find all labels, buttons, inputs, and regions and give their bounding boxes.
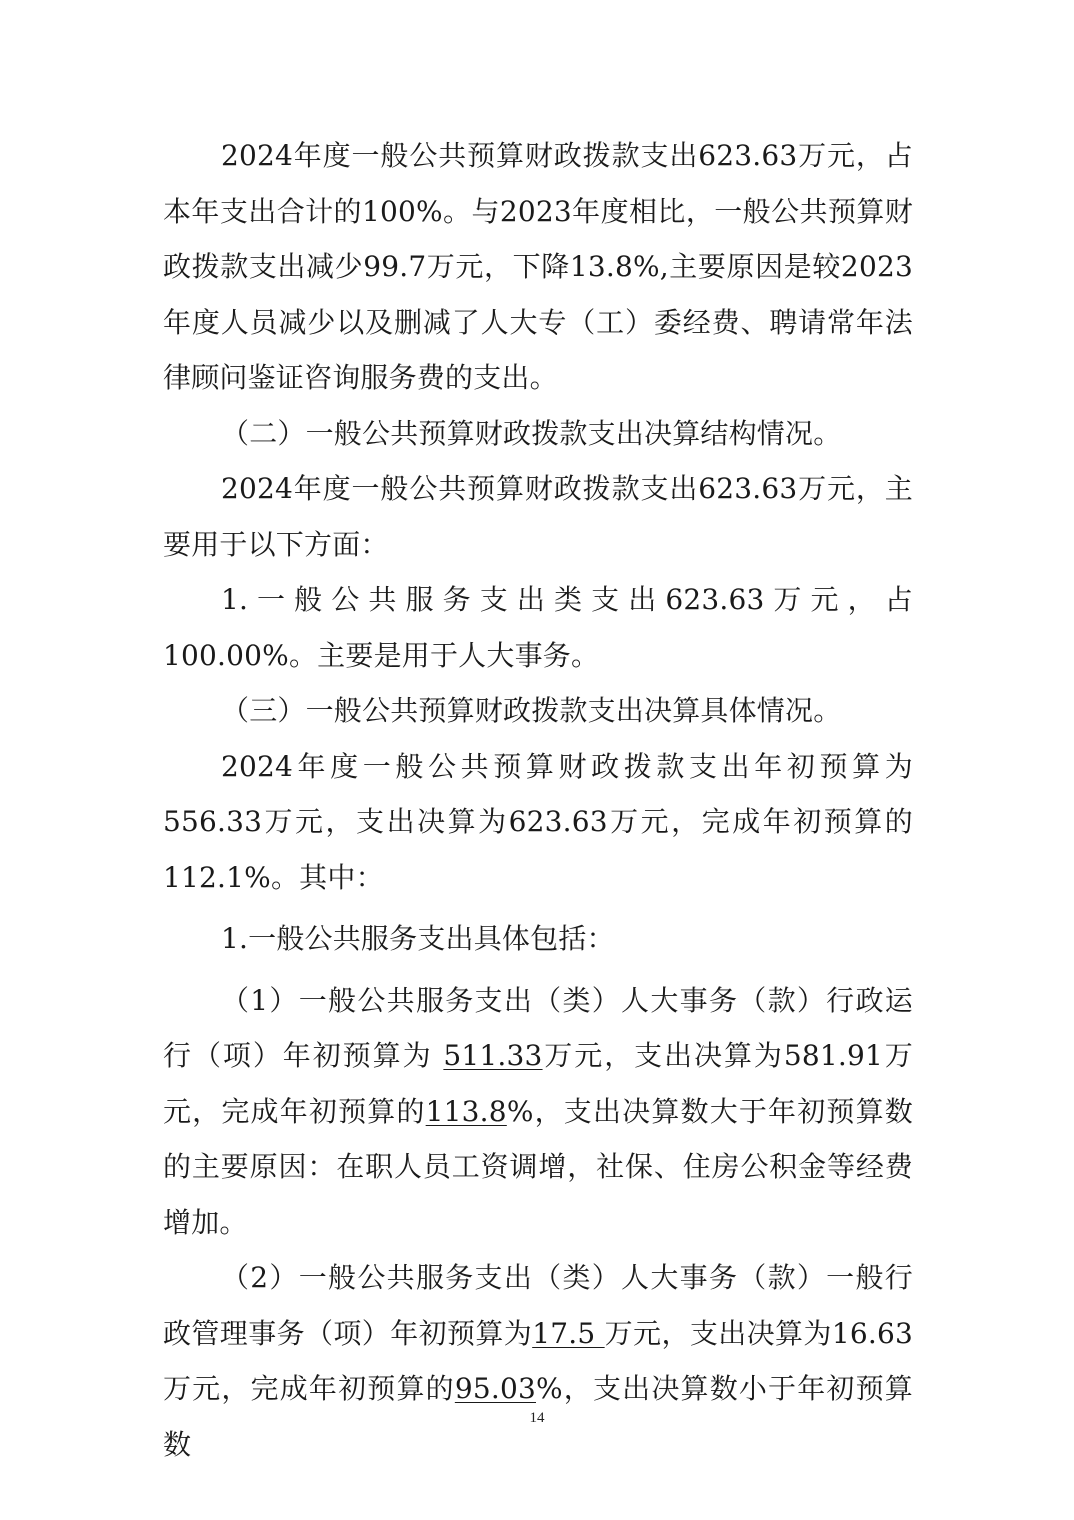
item2-budget-value: 17.5 [532,1317,604,1350]
section-heading-structure: （二）一般公共预算财政拨款支出决算结构情况。 [163,406,913,462]
paragraph-item-general-administration: （2）一般公共服务支出（类）人大事务（款）一般行政管理事务（项）年初预算为17.… [163,1250,913,1472]
paragraph-expenditure-summary: 2024年度一般公共预算财政拨款支出623.63万元，占本年支出合计的100%。… [163,128,913,406]
paragraph-item-administrative-operation: （1）一般公共服务支出（类）人大事务（款）行政运行（项）年初预算为 511.33… [163,973,913,1251]
item1-completion-rate: 113.8 [426,1095,507,1128]
paragraph-structure-summary: 2024年度一般公共预算财政拨款支出623.63万元，主要用于以下方面： [163,461,913,572]
section-heading-details: （三）一般公共预算财政拨款支出决算具体情况。 [163,683,913,739]
document-page: 2024年度一般公共预算财政拨款支出623.63万元，占本年支出合计的100%。… [163,128,913,1472]
paragraph-budget-completion: 2024年度一般公共预算财政拨款支出年初预算为556.33万元，支出决算为623… [163,739,913,906]
paragraph-services-breakdown-intro: 1.一般公共服务支出具体包括： [163,911,913,967]
paragraph-general-public-services: 1.一般公共服务支出类支出623.63万元，占100.00%。主要是用于人大事务… [163,572,913,683]
item2-completion-rate: 95.03 [455,1372,536,1405]
page-number: 14 [0,1410,1074,1427]
item1-budget-value: 511.33 [443,1039,542,1072]
